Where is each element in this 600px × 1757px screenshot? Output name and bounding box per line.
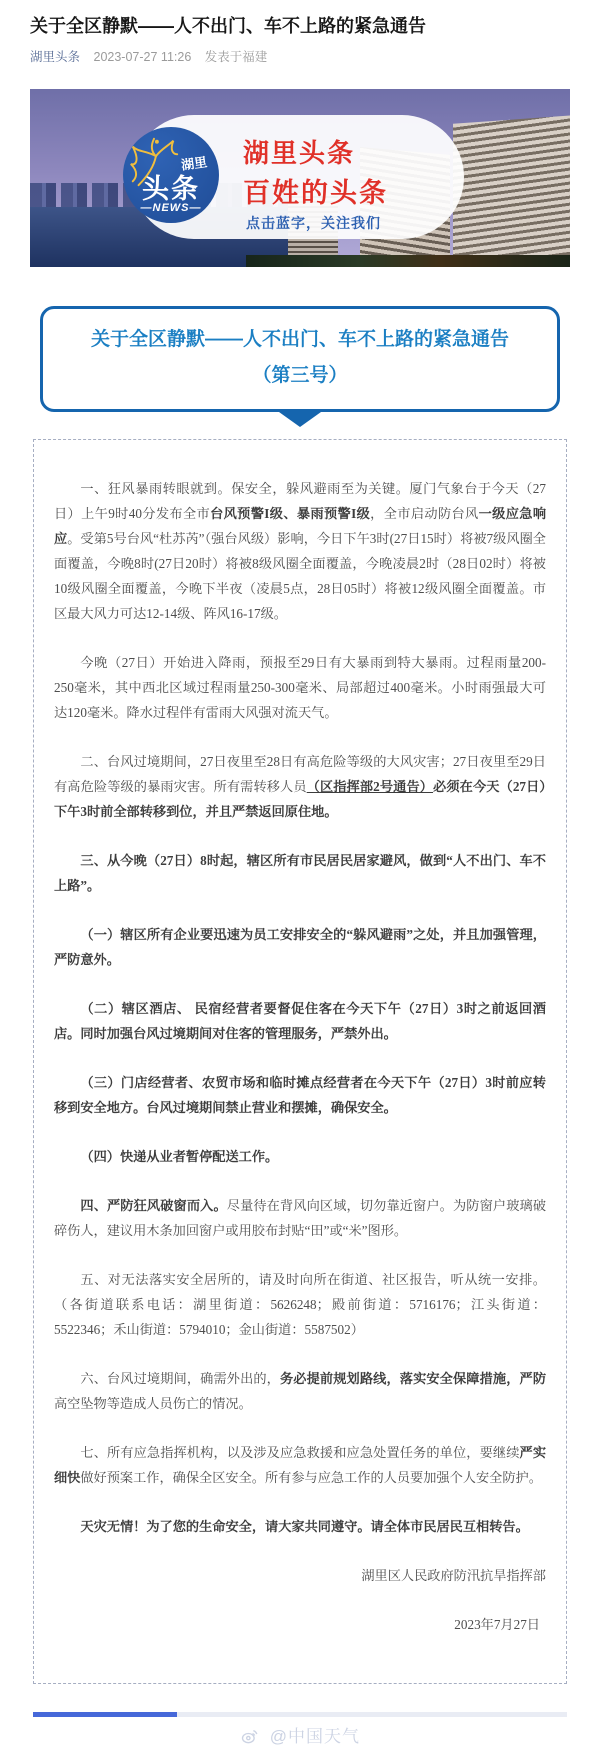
signature: 湖里区人民政府防汛抗旱指挥部	[54, 1563, 546, 1588]
notice-paragraph: 五、对无法落实安全居所的，请及时向所在街道、社区报告，听从统一安排。（各街道联系…	[54, 1267, 546, 1342]
article-page: 关于全区静默——人不出门、车不上路的紧急通告 湖里头条 2023-07-27 1…	[0, 0, 600, 1757]
notice-paragraph: 六、台风过境期间，确需外出的，务必提前规划路线，落实安全保障措施，严防高空坠物等…	[54, 1366, 546, 1416]
notice-paragraph: （一）辖区所有企业要迅速为员工安排安全的“躲风避雨”之处，并且加强管理，严防意外…	[54, 922, 546, 972]
notice-paragraph: 七、所有应急指挥机构，以及涉及应急救援和应急处置任务的单位，要继续严实细快做好预…	[54, 1440, 546, 1490]
banner-title-line1: 湖里头条	[243, 133, 355, 170]
notice-paragraph: （二）辖区酒店、 民宿经营者要督促住客在今天下午（27日）3时之前返回酒店。同时…	[54, 996, 546, 1046]
notice-title-line2: （第三号）	[65, 358, 535, 394]
page-title: 关于全区静默——人不出门、车不上路的紧急通告	[30, 14, 570, 38]
banner-follow-hint[interactable]: 点击蓝字，关注我们	[246, 213, 381, 233]
publish-location: 发表于福建	[205, 50, 268, 64]
banner-greenery	[246, 255, 570, 267]
notice-paragraph: 四、严防狂风破窗而入。尽量待在背风向区域，切勿靠近窗户。为防窗户玻璃破碎伤人，建…	[54, 1193, 546, 1243]
publish-time: 2023-07-27 11:26	[94, 50, 192, 64]
banner-image[interactable]: 湖里 头条 —NEWS— 湖里头条 百姓的头条 点击蓝字，关注我们	[30, 89, 570, 267]
notice-paragraph: 天灾无情！为了您的生命安全，请大家共同遵守。请全体市民居民互相转告。	[54, 1514, 546, 1539]
watermark-text: @中国天气	[270, 1727, 360, 1746]
weibo-icon	[240, 1727, 270, 1746]
notice-paragraph: 今晚（27日）开始进入降雨，预报至29日有大暴雨到特大暴雨。过程雨量200-25…	[54, 650, 546, 725]
progress-bar-fill	[33, 1712, 177, 1717]
notice-paragraph: 一、狂风暴雨转眼就到。保安全，躲风避雨至为关键。厦门气象台于今天（27日）上午9…	[54, 476, 546, 626]
signature-date: 2023年7月27日	[54, 1612, 546, 1637]
article-meta: 湖里头条 2023-07-27 11:26 发表于福建	[30, 47, 570, 65]
notice-paragraphs: 一、狂风暴雨转眼就到。保安全，躲风避雨至为关键。厦门气象台于今天（27日）上午9…	[54, 476, 546, 1539]
logo-name-large: 头条	[123, 167, 219, 206]
source-link[interactable]: 湖里头条	[30, 50, 80, 64]
banner-title-line2: 百姓的头条	[243, 171, 388, 210]
notice-paragraph: （四）快递从业者暂停配送工作。	[54, 1144, 546, 1169]
notice-paragraph: （三）门店经营者、农贸市场和临时摊点经营者在今天下午（27日）3时前应转移到安全…	[54, 1070, 546, 1120]
progress-bar[interactable]	[33, 1712, 567, 1717]
notice-box-pointer	[279, 412, 321, 427]
logo-news-label: —NEWS—	[123, 202, 219, 214]
watermark: @中国天气	[0, 1722, 600, 1747]
notice-body: 一、狂风暴雨转眼就到。保安全，躲风避雨至为关键。厦门气象台于今天（27日）上午9…	[33, 439, 567, 1684]
notice-paragraph: 三、从今晚（27日）8时起，辖区所有市民居民居家避风，做到“人不出门、车不上路”…	[54, 848, 546, 898]
notice-paragraph: 二、台风过境期间，27日夜里至28日有高危险等级的大风灾害；27日夜里至29日有…	[54, 749, 546, 824]
banner-building	[453, 115, 570, 267]
notice-title-box: 关于全区静默——人不出门、车不上路的紧急通告 （第三号）	[40, 306, 560, 412]
brand-logo: 湖里 头条 —NEWS—	[123, 127, 219, 223]
notice-title-line1: 关于全区静默——人不出门、车不上路的紧急通告	[65, 322, 535, 358]
